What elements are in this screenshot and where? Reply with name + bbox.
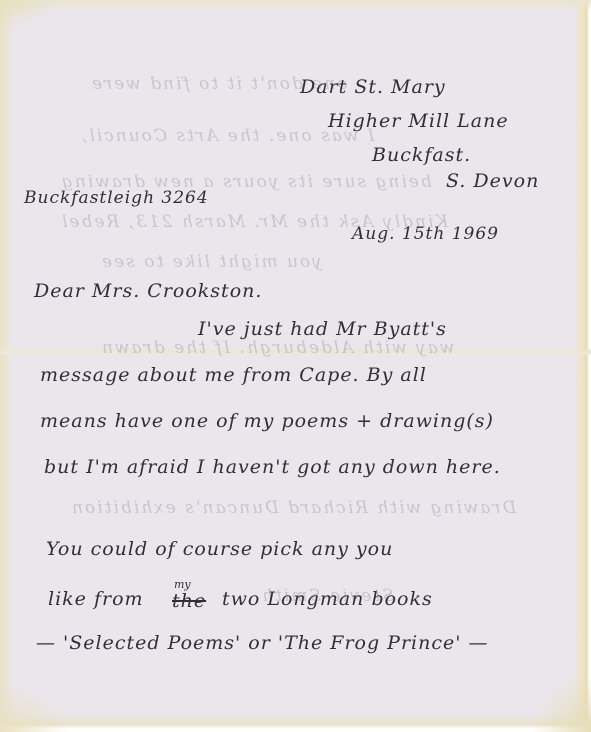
letter-page: one don't it to find were I was one. the…	[0, 0, 591, 732]
address-line-3: Buckfast.	[372, 146, 471, 165]
paper-edge-bottom	[0, 714, 591, 732]
body-line-6b: two Longman books	[222, 590, 433, 609]
body-line-6: like from	[48, 590, 144, 609]
body-line-3: means have one of my poems + drawing(s)	[40, 412, 494, 431]
body-line-5: You could of course pick any you	[46, 540, 393, 559]
show-through-line: Drawing with Richard Duncan's exhibition	[70, 500, 516, 517]
paper-edge-top	[0, 0, 591, 12]
body-line-7: — 'Selected Poems' or 'The Frog Prince' …	[36, 634, 489, 653]
paper-stain-top-left	[0, 0, 60, 30]
body-line-2: message about me from Cape. By all	[40, 366, 427, 385]
address-line-1: Dart St. Mary	[300, 78, 446, 97]
paper-edge-right	[573, 0, 591, 732]
letter-date: Aug. 15th 1969	[352, 226, 499, 243]
paper-stain-bottom-left	[0, 682, 70, 732]
paper-stain-bottom-right	[531, 672, 591, 732]
show-through-line: way with Aldeburgh. If the drawn	[100, 340, 454, 357]
struck-word: the	[172, 592, 206, 611]
address-line-4: S. Devon	[446, 172, 539, 191]
phone-number: Buckfastleigh 3264	[24, 190, 209, 207]
salutation: Dear Mrs. Crookston.	[34, 282, 262, 301]
body-line-1: I've just had Mr Byatt's	[198, 320, 447, 339]
paper-edge-left	[0, 0, 14, 732]
address-line-2: Higher Mill Lane	[328, 112, 509, 131]
body-line-4: but I'm afraid I haven't got any down he…	[44, 458, 501, 477]
show-through-line: you might like to see	[100, 254, 322, 271]
